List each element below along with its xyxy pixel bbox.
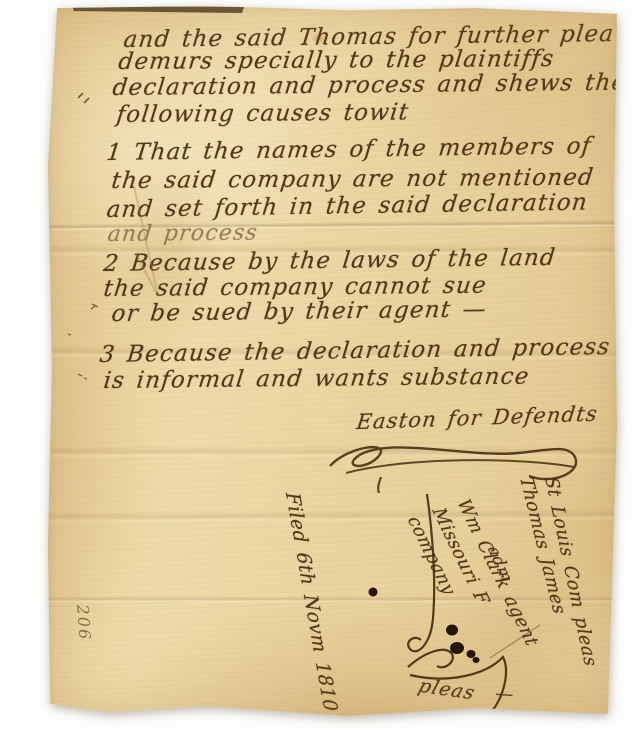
docket-plea-word: pleas [416, 676, 478, 704]
margin-page-number: 206 [73, 604, 95, 642]
margin-tick-marks [78, 93, 89, 103]
manuscript-line: is informal and wants substance [102, 365, 531, 395]
signature-flourish-cross [346, 460, 574, 473]
ink-dot [369, 588, 378, 597]
signature-comma-mark [378, 477, 381, 493]
manuscript-line: 3 Because the declaration and process [98, 335, 611, 368]
scanned-manuscript-scene: and the said Thomas for further plea dem… [0, 0, 640, 740]
manuscript-line: and set forth in the said declaration [105, 190, 589, 223]
docket-agent-block: Wm Clark agent Missouri F company [400, 496, 545, 667]
adjacent-page-edge [72, 6, 244, 13]
manuscript-line: 1 That the names of the members of [105, 134, 593, 166]
docket-dash-mark: — [495, 684, 516, 705]
fold-crease [48, 446, 618, 458]
manuscript-line: or be sued by their agent — [110, 297, 488, 327]
manuscript-page: and the said Thomas for further plea dem… [48, 6, 618, 718]
manuscript-page-wrap: and the said Thomas for further plea dem… [48, 6, 618, 718]
fold-crease [48, 596, 618, 603]
manuscript-line: and process [106, 221, 259, 247]
margin-speck-marks [68, 304, 98, 379]
docket-filed-note: Filed 6th Novm 1810 [281, 492, 341, 712]
bottom-flourish-loop [408, 650, 453, 668]
manuscript-line: declaration and process and shews the [111, 71, 628, 102]
attorney-signature-line: Easton for Defendts [355, 403, 599, 435]
manuscript-line: 2 Because by the laws of the land [102, 246, 557, 278]
signature-flourish [330, 447, 576, 479]
manuscript-line: following causes towit [115, 100, 410, 128]
